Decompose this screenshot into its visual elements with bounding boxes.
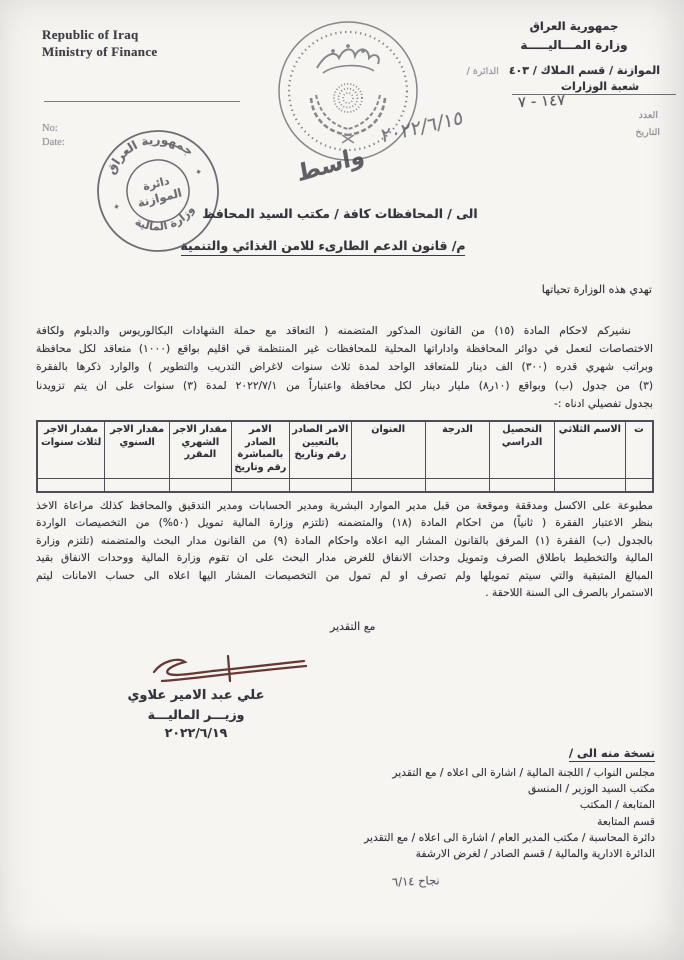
body-paragraph-1: نشيركم لاحكام المادة (١٥) من القانون الم… [36,322,653,413]
arabic-ministry: وزارة المـــاليـــــة [495,36,653,55]
minister-signature-icon [146,648,311,690]
col-three-year-wage: مقدار الاجر لثلاث سنوات [37,421,105,478]
date-label-ar: التاريخ [635,127,660,138]
subject-wrap: م/ قانون الدعم الطارىء للامن الغذائي وال… [162,235,484,256]
body2-line: المبالغ المتبقية والتي سيتم تمويلها ولم … [36,567,653,584]
cc-item: مجلس النواب / اللجنة المالية / اشارة الى… [364,765,655,781]
signature-block: علي عبد الامير علاوي وزيـــر الماليـــة … [102,687,290,743]
col-grade: الدرجة [425,421,490,478]
col-seq: ت [625,421,653,478]
date-label-en: Date: [42,136,65,150]
table-empty-row [37,478,653,492]
col-annual-wage: مقدار الاجر السنوي [105,421,170,478]
signature-date: ٢٠٢٢/٦/١٩ [102,724,290,743]
ministries-division: شعبة الوزارات [552,80,648,93]
subject-line: م/ قانون الدعم الطارىء للامن الغذائي وال… [181,238,466,256]
body-paragraph-2: مطبوعة على الاكسل ومدققة وموقعة من قبل م… [36,497,653,601]
contract-details-table: ت الاسم الثلاثي التحصيل الدراسي الدرجة ا… [36,420,654,493]
no-label: No: [42,122,65,136]
number-label: العدد [639,110,658,121]
body2-line: بنظر الاعتبار الفقرة ( ثانياً) من احكام … [36,514,653,531]
col-education: التحصيل الدراسي [490,421,555,478]
department-row: الدائرة / الموازنة / قسم الملاك / ٤٠٣ [467,64,660,77]
body2-line: المالية والتخطيط باطلاق الصرف وتمويل وحد… [36,549,653,566]
arabic-letterhead: جمهورية العراق وزارة المـــاليـــــة [495,17,653,54]
arabic-country: جمهورية العراق [495,17,653,36]
col-title: العنوان [351,421,425,478]
cc-item: قسم المتابعة [364,814,655,830]
body2-line: بالجدول (ب) الفقرة (١) المرفق بالقانون ا… [36,532,653,549]
department-value: الموازنة / قسم الملاك / ٤٠٣ [509,64,660,77]
closing-line: مع التقدير [330,620,375,633]
col-monthly-wage: مقدار الاجر الشهري المقرر [170,421,232,478]
cc-item: الدائرة الادارية والمالية / قسم الصادر /… [364,846,655,862]
svg-text:✦: ✦ [112,202,121,212]
cc-item: دائرة المحاسبة / مكتب المدير العام / اشا… [364,830,655,846]
body2-line: الاستمرار بالصرف الى السنة اللاحقة . [36,584,653,601]
body1-line: بجدول تفصيلي ادناه :- [36,395,653,413]
cc-item: مكتب السيد الوزير / المنسق [364,781,655,797]
body2-line: مطبوعة على الاكسل ومدققة وموقعة من قبل م… [36,497,653,514]
cc-item: المتابعة / المكتب [364,797,655,813]
minister-title: وزيـــر الماليـــة [102,706,290,725]
minister-name: علي عبد الامير علاوي [102,687,290,706]
english-letterhead: Republic of Iraq Ministry of Finance [42,26,157,60]
cc-block: نسخة منه الى / مجلس النواب / اللجنة الما… [364,742,655,862]
english-country: Republic of Iraq [42,26,157,43]
body1-line: الاختصاصات لتعمل في دوائر المحافظة وادار… [36,340,653,358]
col-commencement-order: الامر الصادر بالمباشرة رقم وتاريخ [231,421,290,478]
greeting-line: تهدي هذه الوزارة تحياتها [542,283,652,296]
department-label: الدائرة / [467,66,499,77]
cc-title: نسخة منه الى / [569,746,655,762]
body1-line: وبراتب شهري قدره (٣٠٠) الف دينار للمتعاق… [36,358,653,376]
letterhead-rule [44,101,240,102]
handwritten-footer-note: نجاح ٦/١٤ [392,873,440,889]
english-ministry: Ministry of Finance [42,43,157,60]
table-header-row: ت الاسم الثلاثي التحصيل الدراسي الدرجة ا… [37,421,653,478]
svg-text:✦: ✦ [194,167,203,177]
scanned-letter-page: Republic of Iraq Ministry of Finance No:… [0,0,684,960]
body1-line: نشيركم لاحكام المادة (١٥) من القانون الم… [36,322,653,340]
body1-line: (٣) من جدول (ب) وبواقع (١٠ر٨) مليار دينا… [36,377,653,395]
ministry-seal-icon [273,16,423,166]
no-date-labels: No: Date: [42,122,65,149]
col-appointment-order: الامر الصادر بالتعيين رقم وتاريخ [290,421,352,478]
addressee-line: الى / المحافظات كافة / مكتب السيد المحاف… [180,206,500,221]
col-full-name: الاسم الثلاثي [554,421,625,478]
handwritten-number: ١٤٧ - ٧ [518,91,566,111]
